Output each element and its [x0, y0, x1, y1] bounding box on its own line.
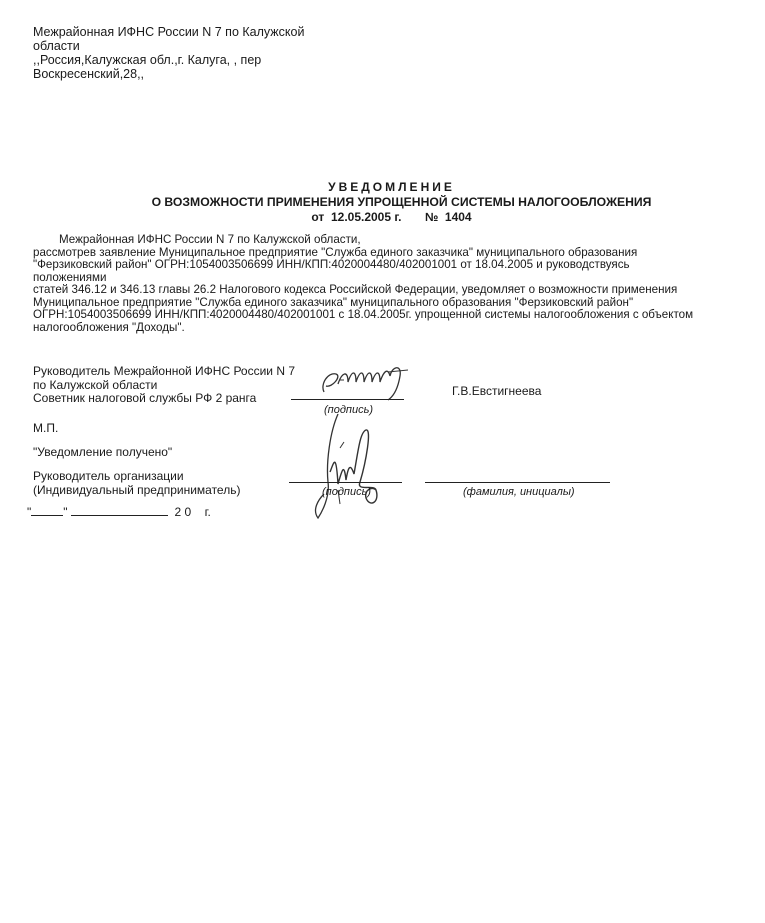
signatory-title: Руководитель Межрайонной ИФНС России N 7…: [33, 365, 295, 406]
body-line: налогообложения "Доходы".: [33, 322, 693, 335]
organization-name-caption: (фамилия, инициалы): [463, 485, 575, 499]
document-subtitle: О ВОЗМОЖНОСТИ ПРИМЕНЕНИЯ УПРОЩЕННОЙ СИСТ…: [0, 195, 765, 209]
signatory-line: Советник налоговой службы РФ 2 ранга: [33, 392, 295, 406]
organization-signature-caption: (подпись): [322, 485, 371, 499]
body-line: статей 346.12 и 346.13 главы 26.2 Налого…: [33, 284, 693, 297]
year-suffix: г.: [205, 505, 211, 519]
organization-signature-icon: [300, 412, 390, 522]
organization-signature-line: [289, 482, 402, 483]
day-blank: [31, 504, 63, 516]
date-prefix: от: [311, 210, 324, 224]
organization-line: (Индивидуальный предприниматель): [33, 483, 240, 497]
document-number: 1404: [445, 210, 472, 224]
signatory-line: по Калужской области: [33, 379, 295, 393]
organization-name-line: [425, 482, 610, 483]
notice-body: Межрайонная ИФНС России N 7 по Калужской…: [33, 234, 693, 334]
sender-line: Воскресенский,28,,: [33, 67, 303, 81]
stamp-label: М.П.: [33, 421, 58, 435]
signatory-line: Руководитель Межрайонной ИФНС России N 7: [33, 365, 295, 379]
month-blank: [71, 504, 168, 516]
body-line: "Ферзиковский район" ОГРН:1054003506699 …: [33, 259, 693, 272]
year-prefix: 2 0: [175, 505, 192, 519]
document-title: УВЕДОМЛЕНИЕ: [0, 180, 765, 194]
signatory-signature-line: [291, 399, 404, 400]
sender-address: Межрайонная ИФНС России N 7 по Калужской…: [33, 25, 303, 81]
body-line: ОГРН:1054003506699 ИНН/КПП:4020004480/40…: [33, 309, 693, 322]
sender-line: ,,Россия,Калужская обл.,г. Калуга, , пер: [33, 53, 303, 67]
sender-line: области: [33, 39, 303, 53]
number-prefix: №: [425, 210, 438, 224]
body-line: Межрайонная ИФНС России N 7 по Калужской…: [33, 234, 693, 247]
date-line: "" 2 0 г.: [27, 504, 211, 519]
document-date-number: от 12.05.2005 г. № 1404: [0, 210, 765, 224]
date-close-quote: ": [63, 505, 67, 519]
sender-line: Межрайонная ИФНС России N 7 по Калужской: [33, 25, 303, 39]
signatory-signature-icon: [318, 362, 418, 402]
organization-line: Руководитель организации: [33, 469, 240, 483]
document-date: 12.05.2005 г.: [331, 210, 402, 224]
organization-title: Руководитель организации (Индивидуальный…: [33, 469, 240, 497]
signatory-name: Г.В.Евстигнеева: [452, 384, 541, 398]
received-label: "Уведомление получено": [33, 445, 172, 459]
